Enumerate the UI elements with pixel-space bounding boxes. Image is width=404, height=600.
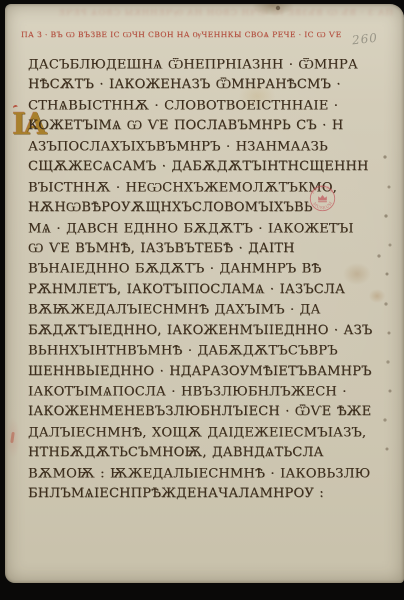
text-line: вънаіеднно бѫдѫтъ · данмнръ вѣ [28,260,388,280]
text-line: дасъблюдешнѧ ѿнепрніазнн · ѿмнра [28,55,388,75]
text-line: вѫѭжедалъіеснмнѣ дахъімъ · да [28,301,388,321]
crown-icon [318,195,327,202]
text-line: іакоженменевъзлюбнлъіесн · ѿѵе ѣже [28,402,388,422]
text-line: мѧ · давсн еднно бѫдѫтъ · іакожетъі [28,219,388,239]
text-line: нѣсѫтъ · іакоженазъ ѿмнранѣсмъ · [28,75,388,95]
text-line: бѫдѫтъіеднно, іакоженмъііеднно · азъ [28,321,388,341]
text-line: сщѫжесѧсамъ · дабѫдѫтъінтнсщеннн [28,157,388,177]
british-museum-stamp: BRITISH MUSEUM [308,184,337,213]
text-line: нтнбѫдѫтьсъмноѭ, давндѧтьсла [28,443,388,463]
text-line: шеннвьіеднно · ндаразоумѣіетъвамнръ [28,362,388,382]
text-line: кожетъімѧ ѡ ѵе пославъмнрь съ · н [28,116,388,136]
manuscript-photo: па з · въ ѡ възве іс ѡчн свон на ѹченнкы… [0,0,404,600]
text-line: вьннхъінтнвъмнѣ · дабѫдѫтъсъвръ [28,341,388,361]
text-line: азъпослахъіхъвъмнръ · нзанмаазь [28,137,388,157]
stamp-text-top: BRITISH [310,184,335,194]
text-line: ѡ ѵе въмнѣ, іазъвътебѣ · даітн [28,239,388,259]
margin-mark [10,432,15,443]
text-line: рѫнмлетъ, іакотъіпосламѧ · іазъсла [28,280,388,300]
bleedthrough-text: па з · въ ѡ възве іс ѡчн свон на ѹченнкы… [57,7,393,22]
pricking-dots [5,4,7,6]
svg-text:BRITISH: BRITISH [310,184,335,194]
folio-number: 260 [351,31,378,48]
text-line: бнлъмѧіеснпрѣжденачаламнроу : [28,484,388,504]
text-line: вѫмоѭ : ѭжедальіеснмнѣ · іаковьзлю [28,464,388,484]
text-line: іакотъімѧпосла · нвъзлюбнлъжесн · [28,382,388,402]
rubric-line: па з · въ ѡ възве іс ѡчн свон на ѹченнкы… [21,30,283,39]
manuscript-text: дасъблюдешнѧ ѿнепрніазнн · ѿмнранѣсѫтъ ·… [28,55,388,505]
text-line: стнѧвьістннѫ · словотвоеістннаіе · [28,96,388,116]
manuscript-page: па з · въ ѡ възве іс ѡчн свон на ѹченнкы… [5,4,404,583]
text-line: далъіеснмнѣ, хощѫ даідежеіесмъіазъ, [28,423,388,443]
